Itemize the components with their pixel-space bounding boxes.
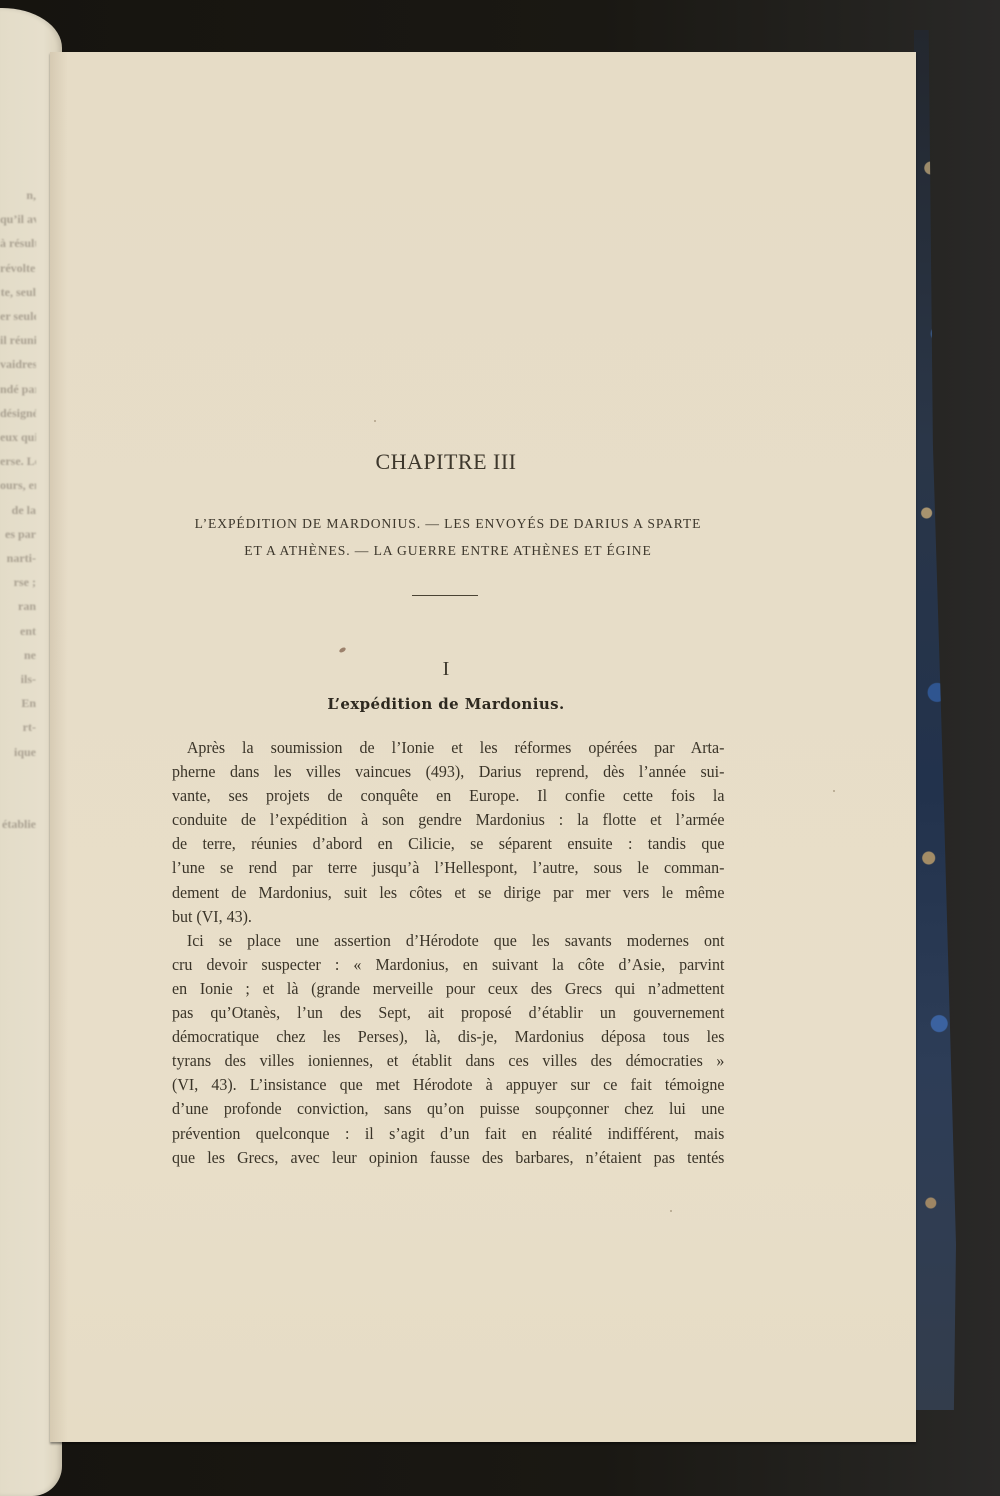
text-line: tyrans des villes ioniennes, et établit … (172, 1049, 724, 1073)
text-line: pas qu’Otanès, l’un des Sept, ait propos… (172, 1001, 724, 1025)
bleed-line: ran (0, 594, 36, 618)
bleed-line: vaidres (0, 352, 36, 376)
text-line: de terre, réunies d’abord en Cilicie, se… (172, 832, 724, 856)
text-line: Ici se place une assertion d’Hérodote qu… (172, 929, 724, 953)
bleed-line: ils- (0, 667, 36, 691)
text-line: Après la soumission de l’Ionie et les ré… (172, 736, 724, 760)
book-page: CHAPITRE III L’EXPÉDITION DE MARDONIUS. … (50, 52, 916, 1442)
text-line: que les Grecs, avec leur opinion fausse … (172, 1146, 724, 1170)
ink-smudge (338, 647, 346, 654)
bleed-line: erse. Le (0, 449, 36, 473)
section-number: I (50, 658, 842, 681)
chapter-divider-rule (412, 595, 478, 596)
bleed-line (0, 788, 36, 812)
bleed-line: rt- (0, 715, 36, 739)
bleed-line: narti- (0, 546, 36, 570)
paragraph: Ici se place une assertion d’Hérodote qu… (172, 929, 686, 1170)
bleed-line: n, (0, 183, 36, 207)
text-line: but (VI, 43). (172, 905, 724, 929)
paper-speck (833, 790, 835, 792)
paragraph: Après la soumission de l’Ionie et les ré… (172, 736, 686, 929)
bleed-line: à résulte (0, 231, 36, 255)
left-page-bleed-text: n, qu’il avai à résulte révolte les te, … (0, 183, 36, 836)
text-line: en Ionie ; et là (grande merveille pour … (172, 977, 724, 1001)
bleed-line: er seule à (0, 304, 36, 328)
text-line: dement de Mardonius, suit les côtes et s… (172, 881, 724, 905)
body-text: Après la soumission de l’Ionie et les ré… (172, 736, 686, 1170)
chapter-title: CHAPITRE III (50, 449, 842, 475)
bleed-line: ne (0, 643, 36, 667)
bleed-line: ique (0, 740, 36, 764)
chapter-subtitle: L’EXPÉDITION DE MARDONIUS. — LES ENVOYÉS… (168, 510, 728, 564)
bleed-line: il réunit (0, 328, 36, 352)
bleed-line: ent (0, 619, 36, 643)
text-line: d’une profonde conviction, sans qu’on pu… (172, 1097, 724, 1121)
bleed-line: es par (0, 522, 36, 546)
text-line: démocratique chez les Perses), là, dis-j… (172, 1025, 724, 1049)
bleed-line: ours, en (0, 473, 36, 497)
text-line: pherne dans les villes vaincues (493), D… (172, 760, 724, 784)
paper-speck (374, 420, 376, 422)
bleed-line: désignés (0, 401, 36, 425)
bleed-line: ndé par (0, 377, 36, 401)
bleed-line: révolte les (0, 256, 36, 280)
text-line: conduite de l’expédition à son gendre Ma… (172, 808, 724, 832)
bleed-line: rse ; (0, 570, 36, 594)
chapter-subtitle-line: L’EXPÉDITION DE MARDONIUS. — LES ENVOYÉS… (168, 510, 728, 537)
text-line: (VI, 43). L’insistance que met Hérodote … (172, 1073, 724, 1097)
section-title: L’expédition de Mardonius. (50, 695, 842, 713)
text-line: prévention quelconque : il s’agit d’un f… (172, 1122, 724, 1146)
chapter-subtitle-line: ET A ATHÈNES. — LA GUERRE ENTRE ATHÈNES … (168, 537, 728, 564)
text-line: cru devoir suspecter : « Mardonius, en s… (172, 953, 724, 977)
paper-speck (670, 1210, 672, 1212)
bleed-line: eux qui (0, 425, 36, 449)
text-line: l’une se rend par terre jusqu’à l’Helles… (172, 856, 724, 880)
bleed-line: de la (0, 498, 36, 522)
bleed-line: En (0, 691, 36, 715)
bleed-line: te, seul (0, 280, 36, 304)
bleed-line: établie (0, 812, 36, 836)
bleed-line (0, 764, 36, 788)
bleed-line: qu’il avai (0, 207, 36, 231)
text-line: vante, ses projets de conquête en Europe… (172, 784, 724, 808)
